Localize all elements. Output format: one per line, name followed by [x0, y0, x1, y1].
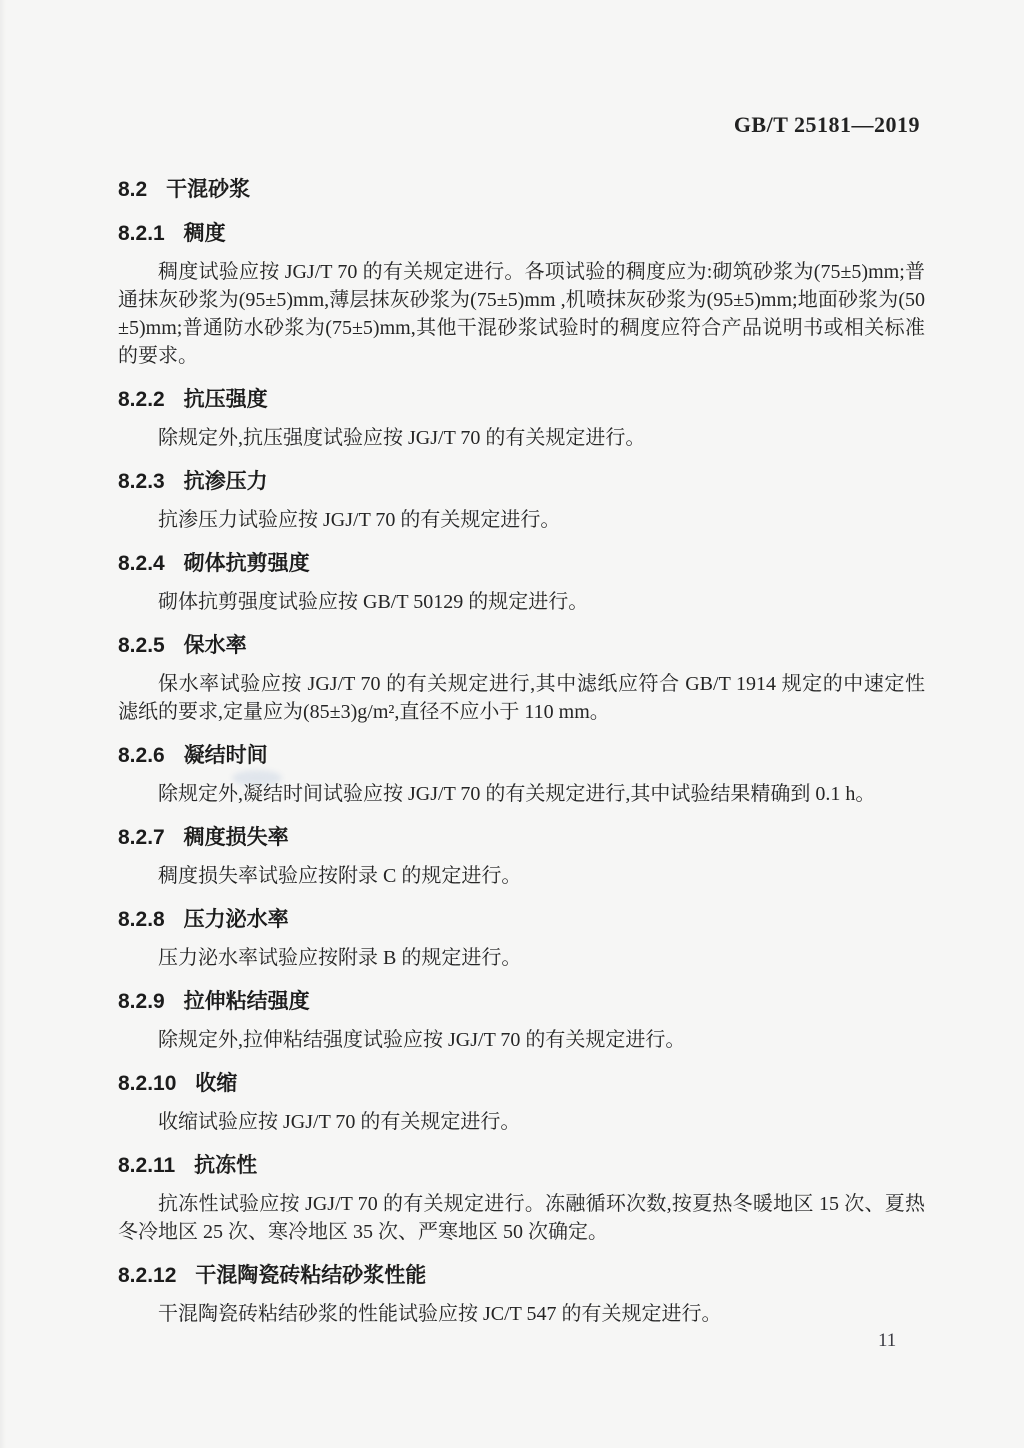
section-number: 8.2.12	[118, 1264, 176, 1287]
document-body: 8.2干混砂浆 8.2.1稠度 稠度试验应按 JGJ/T 70 的有关规定进行。…	[118, 0, 925, 1328]
section-paragraph: 抗冻性试验应按 JGJ/T 70 的有关规定进行。冻融循环次数,按夏热冬暖地区 …	[118, 1190, 925, 1246]
section-heading-8-2-6: 8.2.6凝结时间	[118, 742, 925, 770]
section-number: 8.2.11	[118, 1154, 175, 1177]
section-number: 8.2.9	[118, 990, 165, 1013]
section-paragraph: 除规定外,凝结时间试验应按 JGJ/T 70 的有关规定进行,其中试验结果精确到…	[118, 780, 925, 808]
section-number: 8.2.1	[118, 222, 165, 245]
section-title: 收缩	[195, 1072, 237, 1095]
section-heading-8-2-9: 8.2.9拉伸粘结强度	[118, 988, 925, 1016]
section-paragraph: 除规定外,拉伸粘结强度试验应按 JGJ/T 70 的有关规定进行。	[118, 1026, 925, 1054]
section-title: 稠度	[184, 222, 226, 245]
section-number: 8.2	[118, 178, 147, 201]
section-heading-8-2-3: 8.2.3抗渗压力	[118, 468, 925, 496]
section-number: 8.2.3	[118, 470, 165, 493]
section-title: 稠度损失率	[184, 826, 289, 849]
section-number: 8.2.10	[118, 1072, 176, 1095]
section-title: 抗冻性	[194, 1154, 257, 1177]
page-number: 11	[878, 1330, 896, 1352]
section-number: 8.2.2	[118, 388, 165, 411]
section-heading-8-2-11: 8.2.11抗冻性	[118, 1152, 925, 1180]
section-title: 凝结时间	[184, 744, 268, 767]
section-number: 8.2.7	[118, 826, 165, 849]
section-heading-8-2-10: 8.2.10收缩	[118, 1070, 925, 1098]
section-number: 8.2.6	[118, 744, 165, 767]
section-paragraph: 稠度试验应按 JGJ/T 70 的有关规定进行。各项试验的稠度应为:砌筑砂浆为(…	[118, 258, 925, 370]
section-title: 压力泌水率	[184, 908, 289, 931]
section-paragraph: 稠度损失率试验应按附录 C 的规定进行。	[118, 862, 925, 890]
section-paragraph: 保水率试验应按 JGJ/T 70 的有关规定进行,其中滤纸应符合 GB/T 19…	[118, 670, 925, 726]
section-heading-8-2-1: 8.2.1稠度	[118, 220, 925, 248]
section-paragraph: 干混陶瓷砖粘结砂浆的性能试验应按 JC/T 547 的有关规定进行。	[118, 1300, 925, 1328]
section-paragraph: 除规定外,抗压强度试验应按 JGJ/T 70 的有关规定进行。	[118, 424, 925, 452]
section-title: 干混砂浆	[166, 178, 250, 201]
section-heading-8-2-2: 8.2.2抗压强度	[118, 386, 925, 414]
section-number: 8.2.4	[118, 552, 165, 575]
section-paragraph: 收缩试验应按 JGJ/T 70 的有关规定进行。	[118, 1108, 925, 1136]
section-paragraph: 砌体抗剪强度试验应按 GB/T 50129 的规定进行。	[118, 588, 925, 616]
section-title: 抗压强度	[184, 388, 268, 411]
section-paragraph: 抗渗压力试验应按 JGJ/T 70 的有关规定进行。	[118, 506, 925, 534]
section-heading-8-2: 8.2干混砂浆	[118, 176, 925, 204]
section-title: 拉伸粘结强度	[184, 990, 310, 1013]
section-heading-8-2-7: 8.2.7稠度损失率	[118, 824, 925, 852]
section-heading-8-2-8: 8.2.8压力泌水率	[118, 906, 925, 934]
section-number: 8.2.8	[118, 908, 165, 931]
document-page: GB/T 25181—2019 8.2干混砂浆 8.2.1稠度 稠度试验应按 J…	[0, 0, 1024, 1448]
section-title: 保水率	[184, 634, 247, 657]
section-title: 干混陶瓷砖粘结砂浆性能	[195, 1264, 426, 1287]
section-title: 砌体抗剪强度	[184, 552, 310, 575]
section-heading-8-2-5: 8.2.5保水率	[118, 632, 925, 660]
section-title: 抗渗压力	[184, 470, 268, 493]
section-heading-8-2-4: 8.2.4砌体抗剪强度	[118, 550, 925, 578]
section-paragraph: 压力泌水率试验应按附录 B 的规定进行。	[118, 944, 925, 972]
section-heading-8-2-12: 8.2.12干混陶瓷砖粘结砂浆性能	[118, 1262, 925, 1290]
section-number: 8.2.5	[118, 634, 165, 657]
